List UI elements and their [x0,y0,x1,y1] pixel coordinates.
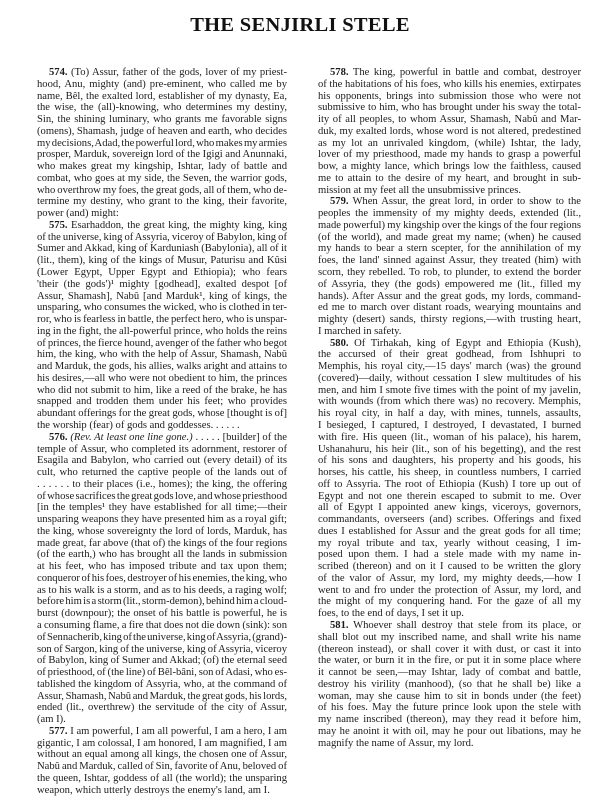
text-line: 581. Whoever shall destroy that stele fr… [318,620,581,632]
text-line: Memphis, his royal city,—15 days' march … [318,361,581,373]
text-line: of his sons and daughters, his property … [318,455,581,467]
text-line: of Assyria, they (the gods) empowered me… [318,279,581,291]
text-line: of priesthood, of (the line) of Bêl-bâni… [37,667,287,679]
text-line: snapped and trodden them under his feet;… [37,396,287,408]
text-line: I besieged, I captured, I destroyed, I d… [318,420,581,432]
editorial-note: (Rev. At least one line gone.) [70,432,192,443]
text-line: as to his walk is a storm, and as to his… [37,585,287,597]
text-line: . . . . . . to their places (i.e., homes… [37,479,287,491]
text-line: burst (downpour); the onset of his battl… [37,608,287,620]
paragraph-number: 578. [330,67,349,78]
line-text: Esarhaddon, the great king, the mighty k… [71,220,287,231]
text-line: abundant offerings for the great gods, w… [37,408,287,420]
text-line: ed me to march over distant roads, weary… [318,302,581,314]
paragraph-578: 578. The king, powerful in battle and co… [318,67,581,196]
text-line: Esagila and Babylon, who carried out (ev… [37,455,287,467]
paragraph-579: 579. When Assur, the great lord, in orde… [318,196,581,337]
text-line: who makes great my kingship, Ishtar, lad… [37,161,287,173]
text-line: the might of my conquering hand. For the… [318,596,581,608]
text-line: with wounds (from which there was) no re… [318,396,581,408]
text-line: the accursed of their great godhead, fro… [318,349,581,361]
paragraph-number: 574. [49,67,68,78]
text-line: 580. Of Tirhakah, king of Egypt and Ethi… [318,338,581,350]
text-line: of whose sacrifices the great gods love,… [37,491,287,503]
text-line: temple of Assur, who completed its adorn… [37,444,287,456]
text-line: me to attain to the desire of my heart, … [318,173,581,185]
text-line: commandants, overseers (and) scribes. Of… [318,514,581,526]
text-line: Assur, Shamash, Nabû and Marduk, the gre… [37,691,287,703]
text-line: of the habitations of his foes, who kill… [318,79,581,91]
text-line: men, and him I smote five times with the… [318,385,581,397]
text-line: cult, who returned the captive people of… [37,467,287,479]
text-line: 'their (the gods')¹ mighty [godhead], ex… [37,279,287,291]
line-text: Whoever shall destroy that stele from it… [353,620,581,631]
text-line: 579. When Assur, the great lord, in orde… [318,196,581,208]
text-line: dues I established for Assur and the gre… [318,526,581,538]
text-line: name, Bêl, the exalted lord, establisher… [37,91,287,103]
text-line: with fire. His queen (lit., woman of his… [318,432,581,444]
text-line: ended (lit., overthrew) the servitude of… [37,702,287,714]
text-line: unsparing weapons they have presented hi… [37,514,287,526]
text-line: bow, a mighty lance, which brings low th… [318,161,581,173]
text-line: of his foes. May the future prince look … [318,702,581,714]
text-line: (Lower Egypt, Upper Egypt and Ethiopia);… [37,267,287,279]
text-line: of Babylon, king of Sumer and Akkad; (of… [37,655,287,667]
text-line: unsparing, who consumes the wicked, who … [37,302,287,314]
text-line: Nabû and Marduk, called of Sin, favorite… [37,761,287,773]
text-line: of princes, the fierce hound, avenger of… [37,338,287,350]
text-line: all of Egypt I appointed anew kings, vic… [318,502,581,514]
text-line: scribed (thereon) and on it I caused to … [318,561,581,573]
paragraph-number: 579. [330,196,349,207]
line-text: The king, powerful in battle and combat,… [353,67,581,78]
text-line: hands). After Assur and the great gods, … [318,291,581,303]
paragraph-number: 575. [49,220,68,231]
text-line: my royal tribute and tax, yearly without… [318,538,581,550]
text-line: lover of my priesthood, made my hands to… [318,149,581,161]
text-line: made great, far above (that of) the king… [37,538,287,550]
text-line: his desires,—all who were not obedient t… [37,373,287,385]
text-line: without an equal among all kings, the ch… [37,749,287,761]
text-line: horses, his cattle, his sheep, in countl… [318,467,581,479]
text-line: woman, may she cause him to sit in bonds… [318,691,581,703]
text-line: scorn, they rebelled. To rob, to plunder… [318,267,581,279]
text-line: his opponents, brings into submission th… [318,91,581,103]
text-line: gigantic, I am colossal, I am honored, I… [37,738,287,750]
text-line: 578. The king, powerful in battle and co… [318,67,581,79]
text-line: mission at my feet all the unsubmissive … [318,185,581,197]
text-line: who did not submit to him, like a reed o… [37,385,287,397]
text-line: the wise, the (all)-knowing, who determi… [37,102,287,114]
text-line: (thereon instead), or shall cover it wit… [318,644,581,656]
text-line: I marched in safety. [318,326,581,338]
text-line: foes, the land' sinned against Assur, th… [318,255,581,267]
text-line: who overthrow my foes, the great gods, a… [37,185,287,197]
page-title: THE SENJIRLI STELE [0,14,600,37]
line-text: I am powerful, I am all powerful, I am a… [70,726,287,737]
text-line: (lit., them), king of the kings of Musur… [37,255,287,267]
text-line: 577. I am powerful, I am all powerful, I… [37,726,287,738]
text-line: shall blot out my inscribed name, and sh… [318,632,581,644]
text-line: 574. (To) Assur, father of the gods, lov… [37,67,287,79]
text-line: mighty (desert) sands, thirsty regions,—… [318,314,581,326]
paragraph-580: 580. Of Tirhakah, king of Egypt and Ethi… [318,338,581,620]
text-line: my decisions, Adad, the powerful lord, w… [37,138,287,150]
text-line: Ushanahuru, his heir (lit., son of his b… [318,444,581,456]
line-text: Of Tirhakah, king of Egypt and Ethiopia … [354,338,581,349]
text-line: termine my destiny, who grant to the kin… [37,196,287,208]
text-line: his royal city, in half a day, with mine… [318,408,581,420]
text-line: my name inscribed (thereon), may they re… [318,714,581,726]
text-line: power (and) might: [37,208,287,220]
text-line: conqueror of his foes, destroyer of his … [37,573,287,585]
text-line: a consuming flame, a fire that does not … [37,620,287,632]
left-column: 574. (To) Assur, father of the gods, lov… [37,67,287,796]
text-line: 575. Esarhaddon, the great king, the mig… [37,220,287,232]
text-line: of the universe, king of Assyria, vicero… [37,232,287,244]
text-line: son of Sargon, king of the universe, kin… [37,644,287,656]
text-line: as my lot an unrivaled kingdom, (while) … [318,138,581,150]
text-line: the king, whose sovereignty the lord of … [37,526,287,538]
text-line: 576. (Rev. At least one line gone.) . . … [37,432,287,444]
paragraph-574: 574. (To) Assur, father of the gods, lov… [37,67,287,220]
text-line: and Marduk, the gods, his allies, walks … [37,361,287,373]
text-line: before him is a storm (lit., storm-demon… [37,596,287,608]
text-line: the water, or burn it in the fire, or pu… [318,655,581,667]
text-line: destroy his virility (manhood), (so that… [318,679,581,691]
paragraph-number: 580. [330,338,349,349]
text-line: the worship (fear) of gods and goddesses… [37,420,287,432]
text-line: Sumer and Akkad, king of Karduniash (Bab… [37,243,287,255]
text-line: him, the king, who with the help of Assu… [37,349,287,361]
text-line: at his feet, who has imposed tribute and… [37,561,287,573]
paragraph-number: 581. [330,620,349,631]
text-line: Assur, Shamash], Nabû [and Marduk¹, king… [37,291,287,303]
text-line: peoples the immensity of my mighty deeds… [318,208,581,220]
text-line: weapon, which utterly destroys the enemy… [37,785,287,797]
text-line: the queen, Ishtar, goddess of all (the w… [37,773,287,785]
text-line: ror, who is fearless in battle, the perf… [37,314,287,326]
text-line: made powerful) my kingship over the king… [318,220,581,232]
text-line: tablished the kingdom of Assyria, who, a… [37,679,287,691]
text-line: (am I). [37,714,287,726]
text-line: of Sennacherib, king of the universe, ki… [37,632,287,644]
text-line: (omens), Shamash, judge of heaven and ea… [37,126,287,138]
text-line: may he anoint it with oil, may he pour o… [318,726,581,738]
line-text: (To) Assur, father of the gods, lover of… [71,67,287,78]
line-text: . . . . . [builder] of the [195,432,287,443]
text-line: magnify the name of Assur, my lord. [318,738,581,750]
text-line: hood, Anu, mighty (and) pre-eminent, who… [37,79,287,91]
text-line: combat, who goes at my side, the Seven, … [37,173,287,185]
text-line: submissive to him, who has brought under… [318,102,581,114]
text-line: [in the temples¹ they have established f… [37,502,287,514]
text-line: foes, to the end of days, I set it up. [318,608,581,620]
text-line: Egypt and not one therein escaped to sub… [318,491,581,503]
text-line: Sin, the shining luminary, who grants me… [37,114,287,126]
text-line: off to Assyria. The root of Ethiopia (Ku… [318,479,581,491]
text-line: it cannot be seen,—may Ishtar, lady of c… [318,667,581,679]
text-line: (of the world), and made great my name; … [318,232,581,244]
text-line: posed upon them. I had a stele made with… [318,549,581,561]
line-text: When Assur, the great lord, in order to … [352,196,581,207]
paragraph-576: 576. (Rev. At least one line gone.) . . … [37,432,287,726]
text-line: prosper, Marduk, sovereign lord of the I… [37,149,287,161]
paragraph-577: 577. I am powerful, I am all powerful, I… [37,726,287,797]
text-line: (covered)—daily, without cessation I sle… [318,373,581,385]
right-column: 578. The king, powerful in battle and co… [318,67,581,749]
text-line: duk, my exalted lords, whose word is not… [318,126,581,138]
text-line: ing in the fight, the all-powerful princ… [37,326,287,338]
paragraph-575: 575. Esarhaddon, the great king, the mig… [37,220,287,432]
paragraph-number: 577. [49,726,68,737]
paragraph-581: 581. Whoever shall destroy that stele fr… [318,620,581,749]
text-line: of the valor of Assur, my lord, my might… [318,573,581,585]
text-line: ity of all peoples, to whom Assur, Shama… [318,114,581,126]
paragraph-number: 576. [49,432,68,443]
text-line: (of the earth,) who has brought all the … [37,549,287,561]
text-line: went to and fro under the protection of … [318,585,581,597]
text-line: my hands to bear a stern scepter, for th… [318,243,581,255]
